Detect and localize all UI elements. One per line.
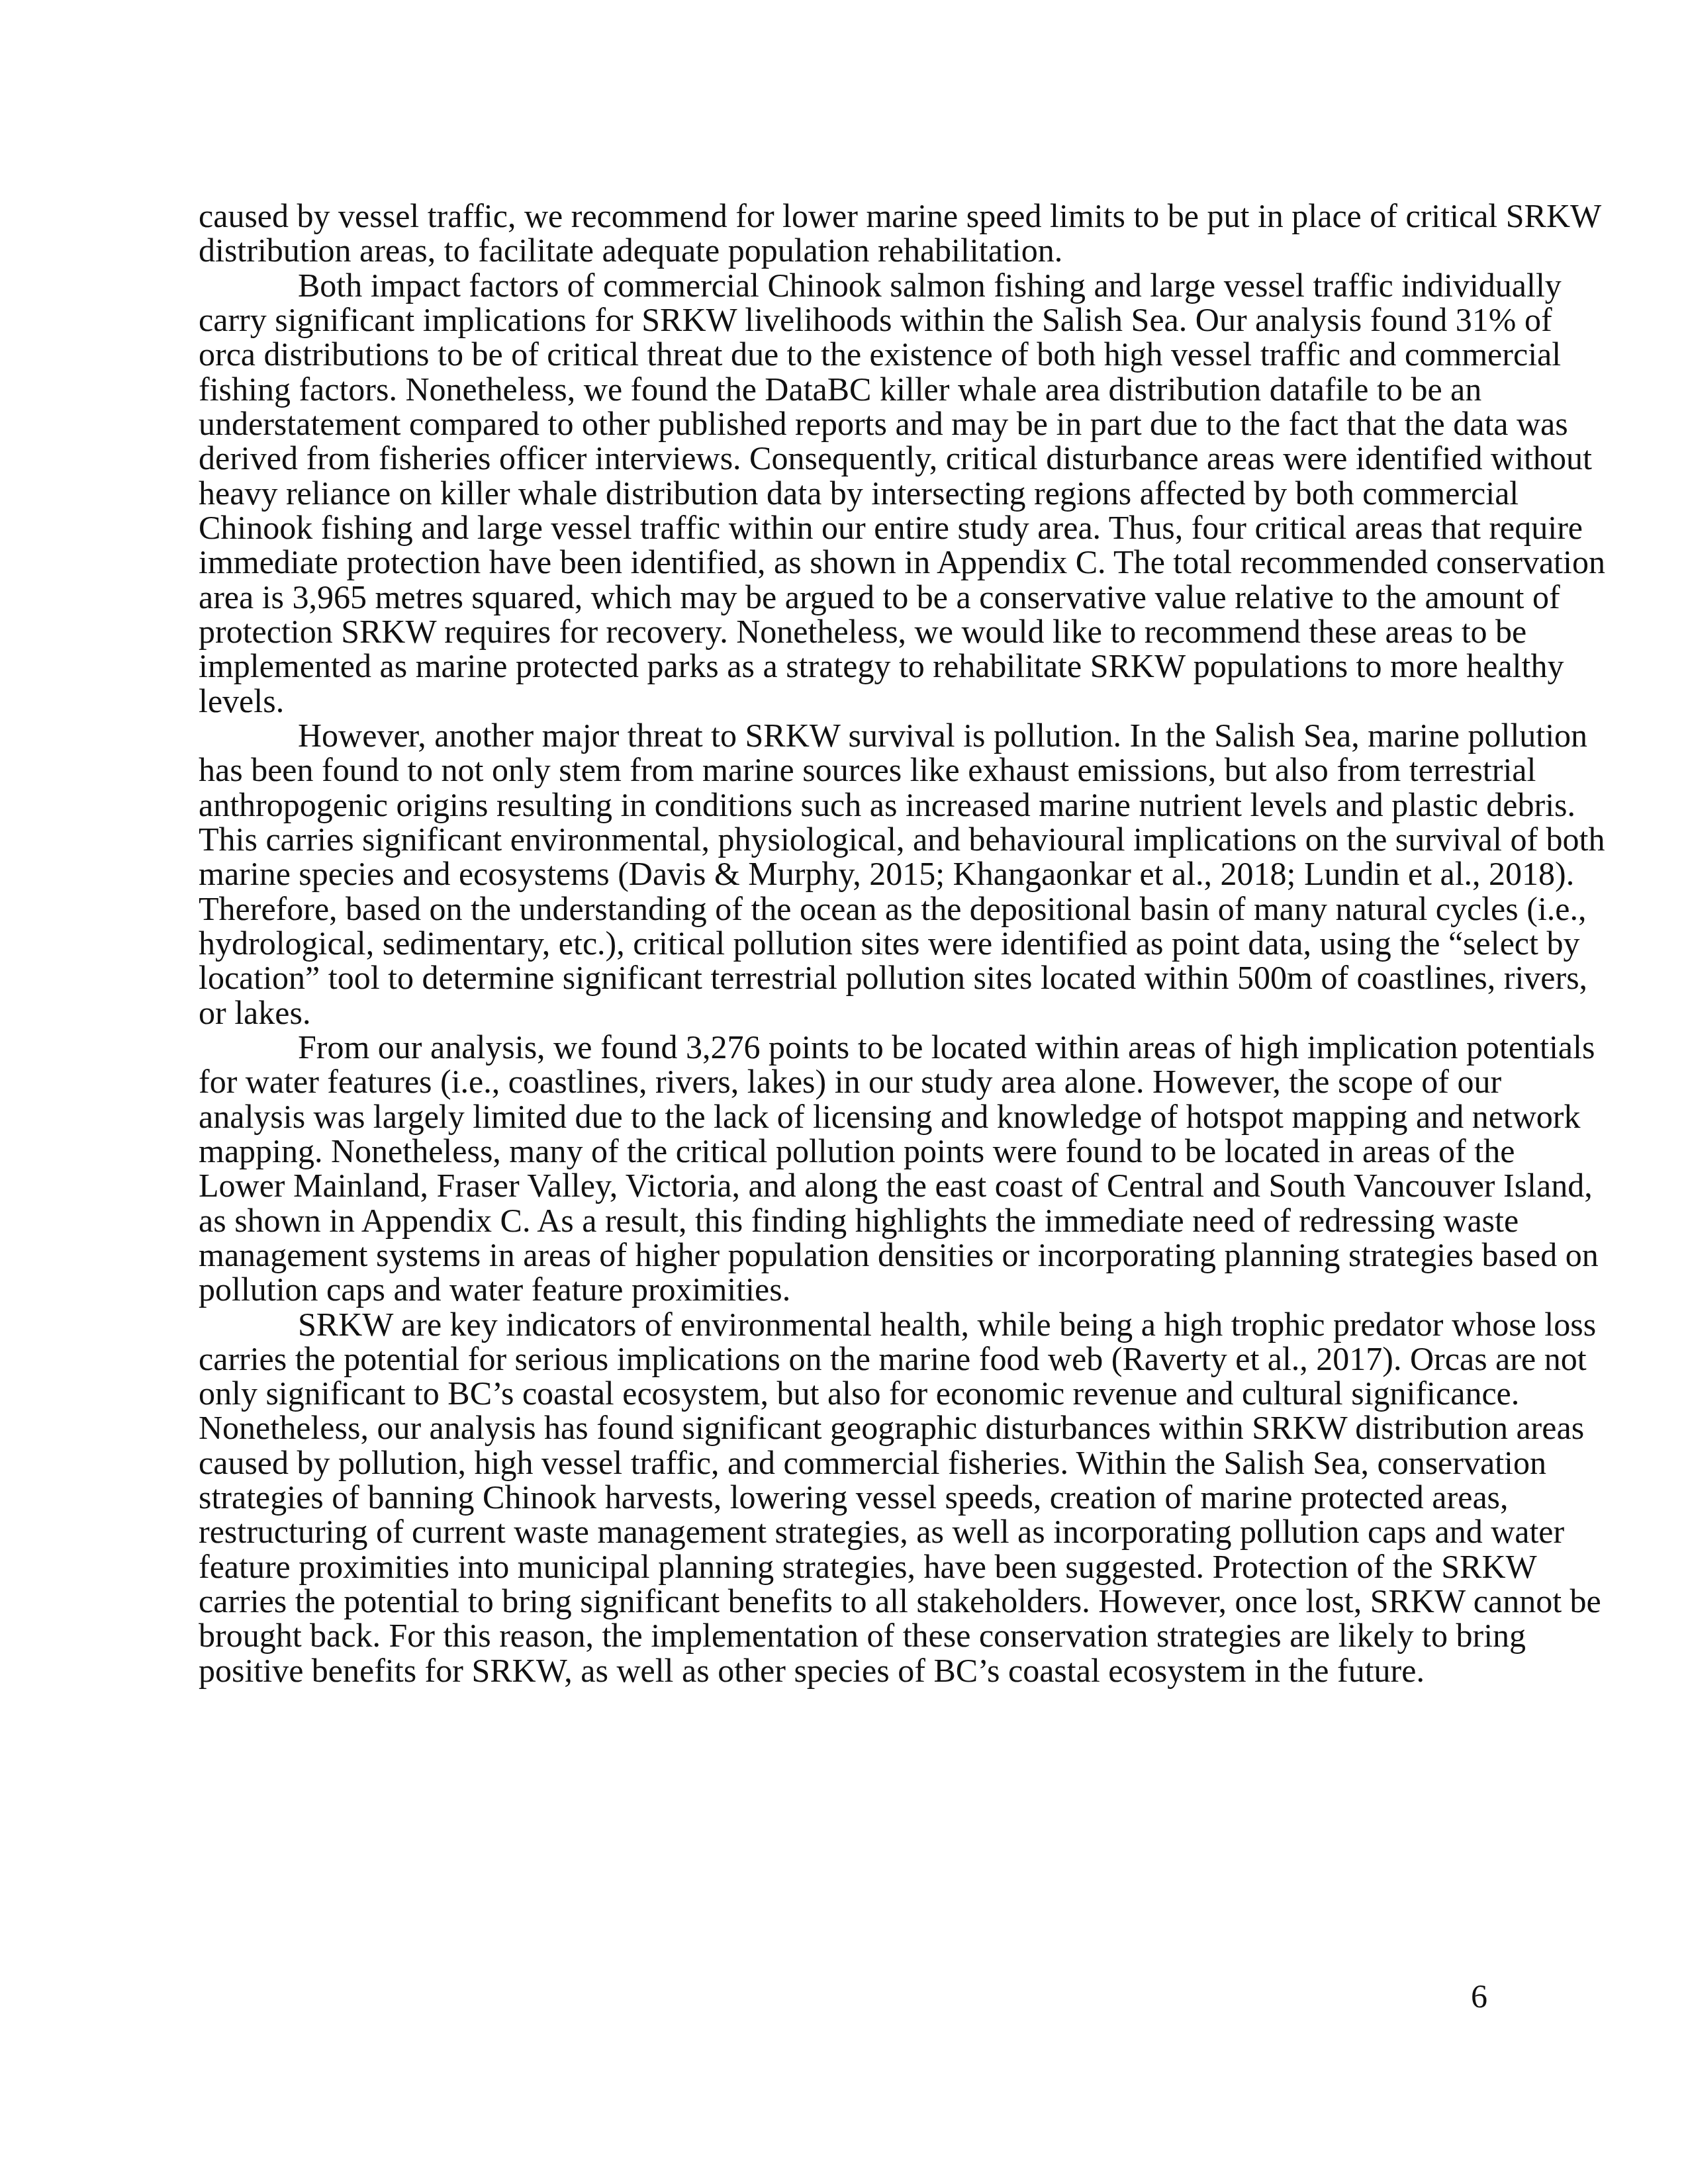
- text-line: analysis was largely limited due to the …: [199, 1099, 1496, 1134]
- text-line: protection SRKW requires for recovery. N…: [199, 614, 1496, 649]
- paragraph-2: Both impact factors of commercial Chinoo…: [199, 268, 1496, 718]
- paragraph-3: However, another major threat to SRKW su…: [199, 718, 1496, 1030]
- paragraph-1: caused by vessel traffic, we recommend f…: [199, 199, 1496, 268]
- text-line: understatement compared to other publish…: [199, 406, 1496, 441]
- text-line: Therefore, based on the understanding of…: [199, 891, 1496, 926]
- text-line: restructuring of current waste managemen…: [199, 1514, 1496, 1549]
- text-line: fishing factors. Nonetheless, we found t…: [199, 372, 1496, 406]
- paragraph-4: From our analysis, we found 3,276 points…: [199, 1030, 1496, 1307]
- text-line: anthropogenic origins resulting in condi…: [199, 788, 1496, 822]
- text-line: SRKW are key indicators of environmental…: [199, 1307, 1496, 1342]
- text-line: Both impact factors of commercial Chinoo…: [199, 268, 1496, 302]
- text-line: Lower Mainland, Fraser Valley, Victoria,…: [199, 1168, 1496, 1203]
- text-line: carries the potential to bring significa…: [199, 1584, 1496, 1618]
- text-line: heavy reliance on killer whale distribut…: [199, 476, 1496, 510]
- text-line: or lakes.: [199, 995, 1496, 1030]
- text-line: Chinook fishing and large vessel traffic…: [199, 510, 1496, 545]
- text-line: management systems in areas of higher po…: [199, 1238, 1496, 1272]
- text-line: However, another major threat to SRKW su…: [199, 718, 1496, 752]
- text-line: Nonetheless, our analysis has found sign…: [199, 1410, 1496, 1445]
- text-line: marine species and ecosystems (Davis & M…: [199, 856, 1496, 891]
- text-line: positive benefits for SRKW, as well as o…: [199, 1653, 1496, 1688]
- text-line: immediate protection have been identifie…: [199, 545, 1496, 579]
- text-line: This carries significant environmental, …: [199, 822, 1496, 856]
- text-line: feature proximities into municipal plann…: [199, 1549, 1496, 1584]
- text-line: distribution areas, to facilitate adequa…: [199, 233, 1496, 267]
- text-line: as shown in Appendix C. As a result, thi…: [199, 1203, 1496, 1238]
- text-line: for water features (i.e., coastlines, ri…: [199, 1064, 1496, 1099]
- text-line: carries the potential for serious implic…: [199, 1342, 1496, 1376]
- body-text: caused by vessel traffic, we recommend f…: [199, 199, 1496, 1688]
- text-line: brought back. For this reason, the imple…: [199, 1618, 1496, 1653]
- text-line: derived from fisheries officer interview…: [199, 441, 1496, 475]
- text-line: implemented as marine protected parks as…: [199, 649, 1496, 683]
- document-page: caused by vessel traffic, we recommend f…: [0, 0, 1688, 2184]
- text-line: levels.: [199, 684, 1496, 718]
- text-line: area is 3,965 metres squared, which may …: [199, 580, 1496, 614]
- paragraph-5: SRKW are key indicators of environmental…: [199, 1307, 1496, 1688]
- text-line: strategies of banning Chinook harvests, …: [199, 1480, 1496, 1514]
- text-line: location” tool to determine significant …: [199, 960, 1496, 995]
- text-line: has been found to not only stem from mar…: [199, 752, 1496, 787]
- text-line: carry significant implications for SRKW …: [199, 302, 1496, 337]
- text-line: orca distributions to be of critical thr…: [199, 337, 1496, 371]
- text-line: caused by vessel traffic, we recommend f…: [199, 199, 1496, 233]
- text-line: pollution caps and water feature proximi…: [199, 1272, 1496, 1306]
- text-line: From our analysis, we found 3,276 points…: [199, 1030, 1496, 1064]
- page-number: 6: [1471, 1979, 1487, 2013]
- text-line: caused by pollution, high vessel traffic…: [199, 1445, 1496, 1480]
- text-line: only significant to BC’s coastal ecosyst…: [199, 1376, 1496, 1410]
- text-line: hydrological, sedimentary, etc.), critic…: [199, 926, 1496, 960]
- text-line: mapping. Nonetheless, many of the critic…: [199, 1134, 1496, 1168]
